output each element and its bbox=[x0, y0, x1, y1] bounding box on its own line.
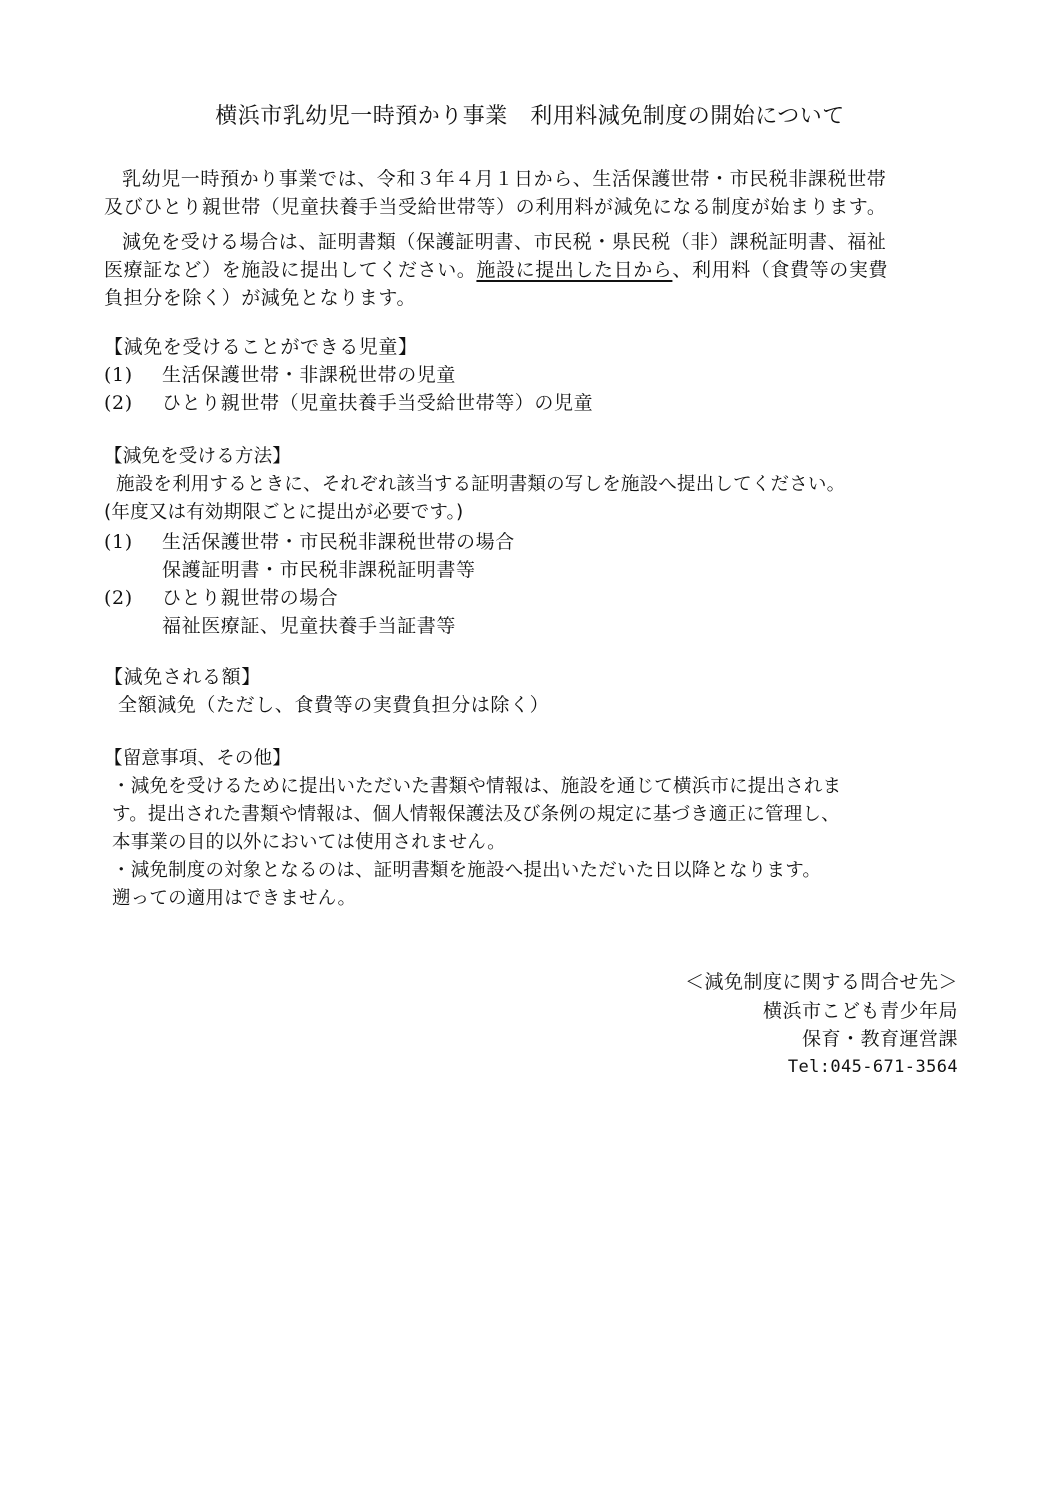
document-page: 横浜市乳幼児一時預かり事業 利用料減免制度の開始について 乳幼児一時預かり事業で… bbox=[0, 0, 1060, 1497]
intro-text: 医療証など）を施設に提出してください。 bbox=[104, 259, 476, 281]
amount-text: 全額減免（ただし、食費等の実費負担分は除く） bbox=[118, 691, 549, 719]
list-item: (1)生活保護世帯・市民税非課税世帯の場合 bbox=[104, 528, 515, 556]
item-detail: 保護証明書・市民税非課税証明書等 bbox=[162, 556, 476, 584]
contact-org: 横浜市こども青少年局 bbox=[763, 997, 958, 1026]
item-number: (1) bbox=[104, 361, 162, 389]
intro-line: 減免を受ける場合は、証明書類（保護証明書、市民税・県民税（非）課税証明書、福祉 bbox=[122, 228, 886, 256]
contact-dept: 保育・教育運営課 bbox=[802, 1025, 958, 1054]
section-heading-eligible: 【減免を受けることができる児童】 bbox=[104, 333, 418, 361]
item-text: ひとり親世帯の場合 bbox=[162, 587, 338, 609]
intro-text: 、利用料（食費等の実費 bbox=[672, 259, 888, 281]
contact-heading: ＜減免制度に関する問合せ先＞ bbox=[685, 968, 958, 997]
intro-line: 及びひとり親世帯（児童扶養手当受給世帯等）の利用料が減免になる制度が始まります。 bbox=[104, 193, 886, 221]
note-line: ・減免制度の対象となるのは、証明書類を施設へ提出いただいた日以降となります。 bbox=[112, 857, 821, 885]
item-text: ひとり親世帯（児童扶養手当受給世帯等）の児童 bbox=[162, 392, 593, 414]
note-line: ・減免を受けるために提出いただいた書類や情報は、施設を通じて横浜市に提出されま bbox=[112, 773, 841, 801]
method-line: (年度又は有効期限ごとに提出が必要です。) bbox=[104, 499, 463, 527]
underlined-emphasis: 施設に提出した日から bbox=[476, 259, 672, 281]
section-heading-notes: 【留意事項、その他】 bbox=[104, 745, 291, 773]
item-number: (1) bbox=[104, 528, 162, 556]
item-detail: 福祉医療証、児童扶養手当証書等 bbox=[162, 612, 456, 640]
document-title: 横浜市乳幼児一時預かり事業 利用料減免制度の開始について bbox=[0, 102, 1060, 132]
note-line: 遡っての適用はできません。 bbox=[112, 885, 356, 913]
note-line: す。提出された書類や情報は、個人情報保護法及び条例の規定に基づき適正に管理し、 bbox=[112, 801, 840, 829]
intro-line: 乳幼児一時預かり事業では、令和３年４月１日から、生活保護世帯・市民税非課税世帯 bbox=[122, 165, 886, 193]
intro-line: 医療証など）を施設に提出してください。施設に提出した日から、利用料（食費等の実費 bbox=[104, 256, 888, 284]
item-number: (2) bbox=[104, 389, 162, 417]
method-line: 施設を利用するときに、それぞれ該当する証明書類の写しを施設へ提出してください。 bbox=[116, 471, 845, 499]
contact-tel: Tel:045-671-3564 bbox=[788, 1053, 958, 1082]
intro-line: 負担分を除く）が減免となります。 bbox=[104, 284, 416, 312]
item-number: (2) bbox=[104, 584, 162, 612]
section-heading-method: 【減免を受ける方法】 bbox=[104, 443, 291, 471]
item-text: 生活保護世帯・市民税非課税世帯の場合 bbox=[162, 531, 515, 553]
note-line: 本事業の目的以外においては使用されません。 bbox=[112, 829, 506, 857]
list-item: (2)ひとり親世帯の場合 bbox=[104, 584, 338, 612]
list-item: (1)生活保護世帯・非課税世帯の児童 bbox=[104, 361, 456, 389]
item-text: 生活保護世帯・非課税世帯の児童 bbox=[162, 364, 456, 386]
list-item: (2)ひとり親世帯（児童扶養手当受給世帯等）の児童 bbox=[104, 389, 593, 417]
section-heading-amount: 【減免される額】 bbox=[104, 663, 261, 691]
